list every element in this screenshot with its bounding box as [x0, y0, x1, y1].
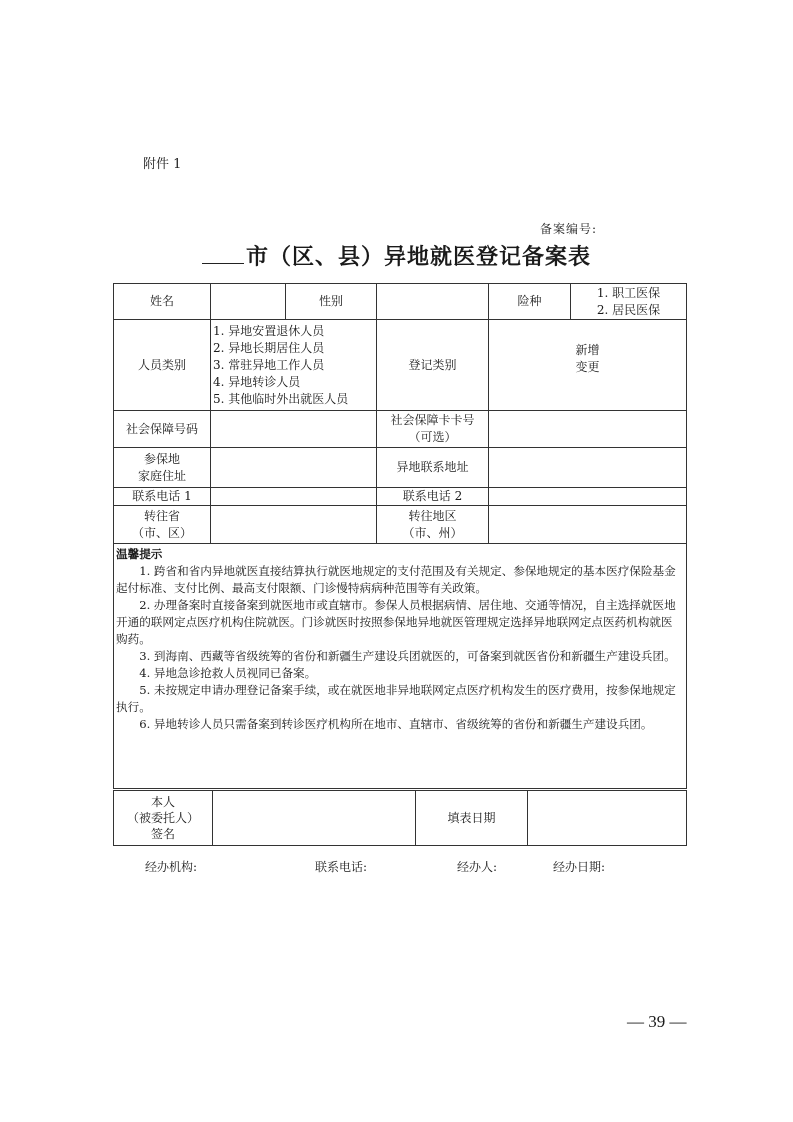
- city-blank-field[interactable]: [202, 245, 244, 264]
- signature-label-line2: （被委托人）: [115, 810, 211, 826]
- tip-item: 6. 异地转诊人员只需备案到转诊医疗机构所在地市、直辖市、省级统筹的省份和新疆生…: [116, 716, 684, 733]
- fill-date-label: 填表日期: [416, 791, 528, 846]
- personnel-category-label: 人员类别: [114, 320, 211, 411]
- ss-number-field[interactable]: [211, 411, 377, 448]
- signature-table: 本人 （被委托人） 签名 填表日期: [113, 790, 687, 846]
- tip-item: 2. 办理备案时直接备案到就医地市或直辖市。参保人员根据病情、居住地、交通等情况…: [116, 597, 684, 648]
- fill-date-field[interactable]: [528, 791, 687, 846]
- phone2-field[interactable]: [489, 488, 687, 506]
- signature-field[interactable]: [213, 791, 416, 846]
- category-option[interactable]: 2. 异地长期居住人员: [213, 340, 376, 357]
- phone1-label: 联系电话 1: [114, 488, 211, 506]
- personnel-category-options[interactable]: 1. 异地安置退休人员 2. 异地长期居住人员 3. 常驻异地工作人员 4. 异…: [211, 320, 377, 411]
- tip-item: 1. 跨省和省内异地就医直接结算执行就医地规定的支付范围及有关规定、参保地规定的…: [116, 563, 684, 597]
- footer-date-label: 经办日期:: [553, 858, 605, 875]
- signature-label: 本人 （被委托人） 签名: [114, 791, 213, 846]
- gender-label: 性别: [286, 284, 377, 320]
- page-number: — 39 —: [627, 1012, 687, 1032]
- name-label: 姓名: [114, 284, 211, 320]
- footer-phone-label: 联系电话:: [315, 858, 367, 875]
- insurance-type-label: 险种: [489, 284, 571, 320]
- tip-item: 5. 未按规定申请办理登记备案手续，或在就医地非异地联网定点医疗机构发生的医疗费…: [116, 682, 684, 716]
- ss-number-label: 社会保障号码: [114, 411, 211, 448]
- footer-agency-label: 经办机构:: [145, 858, 197, 875]
- province-label-line2: （市、区）: [114, 525, 210, 542]
- signature-label-line3: 签名: [115, 826, 211, 842]
- form-title-text: 市（区、县）异地就医登记备案表: [246, 244, 591, 270]
- ss-card-optional-note: （可选）: [377, 429, 488, 446]
- phone1-field[interactable]: [211, 488, 377, 506]
- destination-region-label: 转往地区 （市、州）: [377, 506, 489, 544]
- tips-heading: 温馨提示: [116, 546, 684, 563]
- region-label-line1: 转往地区: [377, 508, 488, 525]
- insurance-type-options[interactable]: 1. 职工医保 2. 居民医保: [571, 284, 687, 320]
- destination-province-field[interactable]: [211, 506, 377, 544]
- home-address-label-line2: 家庭住址: [114, 468, 210, 485]
- signature-label-line1: 本人: [115, 794, 211, 810]
- ss-card-label-text: 社会保障卡卡号: [377, 412, 488, 429]
- home-address-label: 参保地 家庭住址: [114, 448, 211, 488]
- footer-handler-label: 经办人:: [457, 858, 497, 875]
- registration-type-options[interactable]: 新增 变更: [489, 320, 687, 411]
- registration-option-new[interactable]: 新增: [489, 342, 686, 359]
- tip-item: 4. 异地急诊抢救人员视同已备案。: [116, 665, 684, 682]
- registration-form-table: 姓名 性别 险种 1. 职工医保 2. 居民医保 人员类别 1. 异地安置退休人…: [113, 283, 687, 789]
- destination-region-field[interactable]: [489, 506, 687, 544]
- insurance-option-employee[interactable]: 1. 职工医保: [571, 285, 686, 302]
- category-option[interactable]: 1. 异地安置退休人员: [213, 323, 376, 340]
- insurance-option-resident[interactable]: 2. 居民医保: [571, 302, 686, 319]
- remote-address-field[interactable]: [489, 448, 687, 488]
- category-option[interactable]: 3. 常驻异地工作人员: [213, 357, 376, 374]
- destination-province-label: 转往省 （市、区）: [114, 506, 211, 544]
- tip-item: 3. 到海南、西藏等省级统筹的省份和新疆生产建设兵团就医的，可备案到就医省份和新…: [116, 648, 684, 665]
- category-option[interactable]: 4. 异地转诊人员: [213, 374, 376, 391]
- record-number-label: 备案编号:: [540, 220, 597, 237]
- home-address-label-line1: 参保地: [114, 451, 210, 468]
- registration-type-label: 登记类别: [377, 320, 489, 411]
- registration-option-change[interactable]: 变更: [489, 359, 686, 376]
- category-option[interactable]: 5. 其他临时外出就医人员: [213, 391, 376, 408]
- region-label-line2: （市、州）: [377, 525, 488, 542]
- form-title: 市（区、县）异地就医登记备案表: [0, 240, 793, 271]
- ss-card-field[interactable]: [489, 411, 687, 448]
- attachment-label: 附件 1: [143, 153, 181, 172]
- province-label-line1: 转往省: [114, 508, 210, 525]
- tips-section: 温馨提示 1. 跨省和省内异地就医直接结算执行就医地规定的支付范围及有关规定、参…: [114, 544, 687, 789]
- remote-address-label: 异地联系地址: [377, 448, 489, 488]
- home-address-field[interactable]: [211, 448, 377, 488]
- phone2-label: 联系电话 2: [377, 488, 489, 506]
- ss-card-label: 社会保障卡卡号 （可选）: [377, 411, 489, 448]
- gender-field[interactable]: [377, 284, 489, 320]
- name-field[interactable]: [211, 284, 286, 320]
